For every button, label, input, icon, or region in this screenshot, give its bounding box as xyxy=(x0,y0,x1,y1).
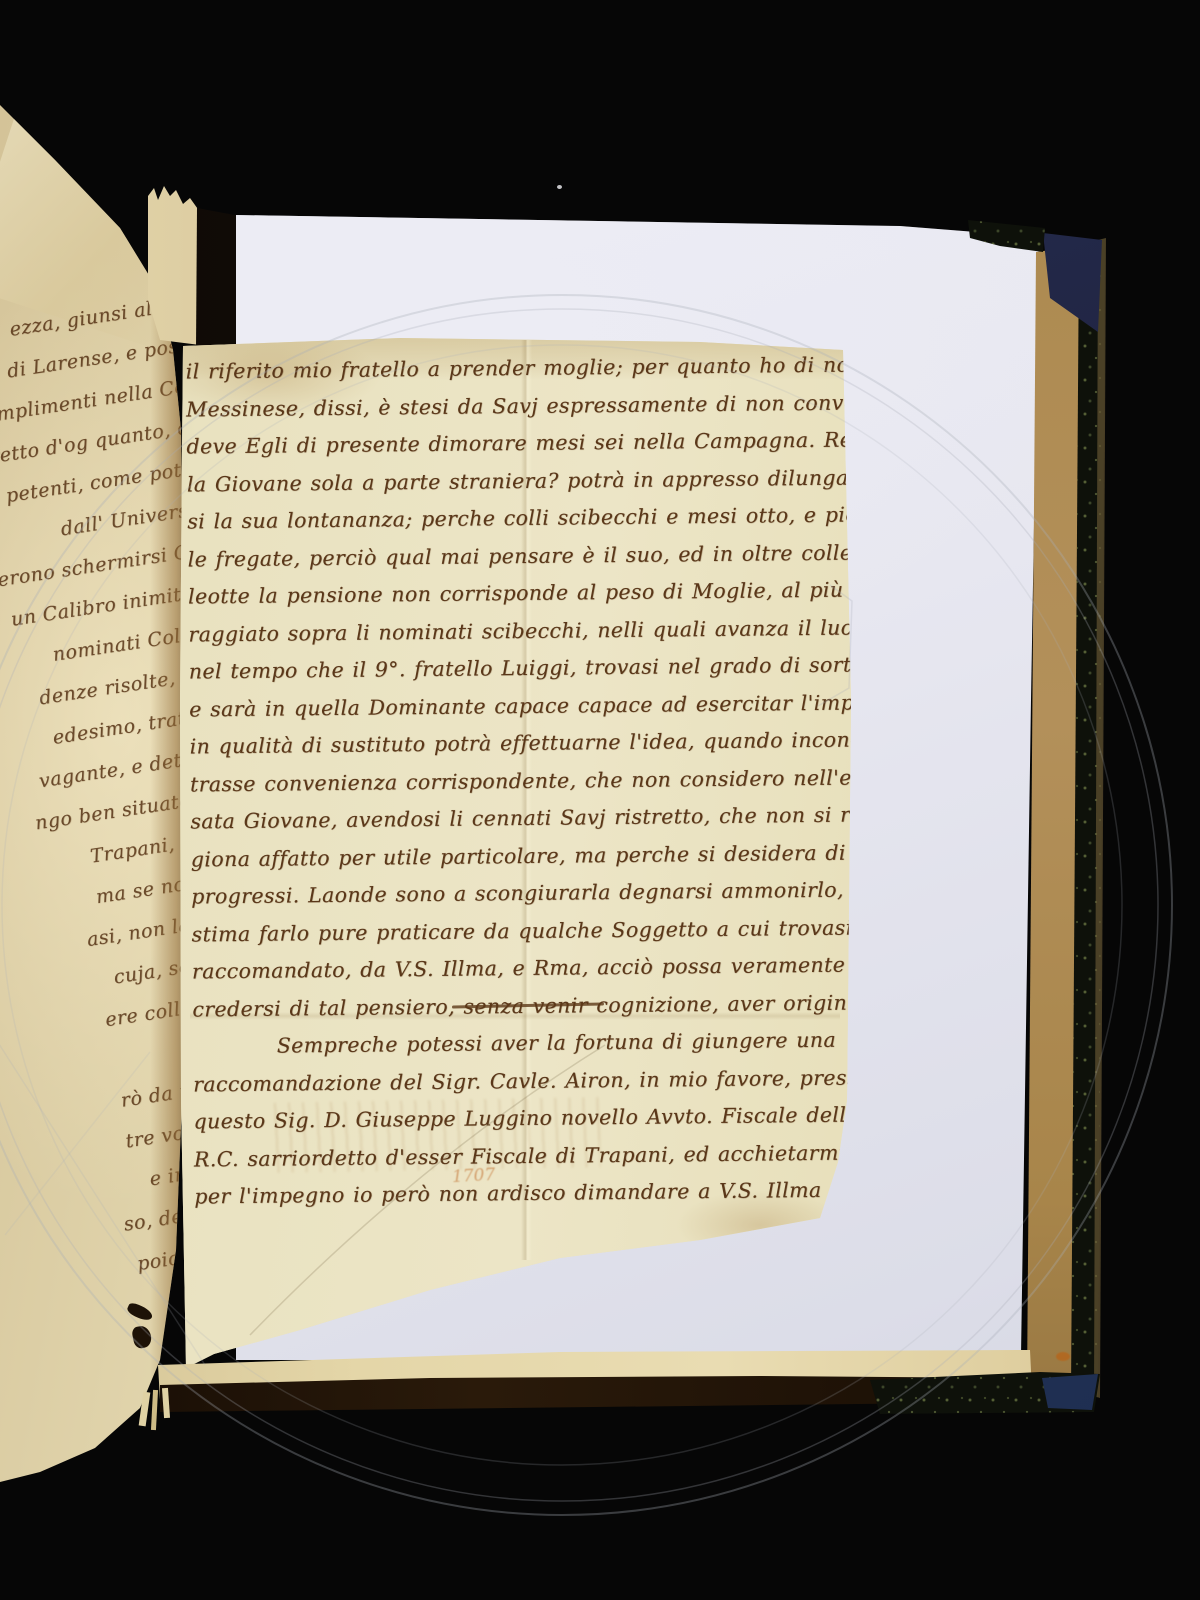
manuscript-photo: ezza, giunsi al supdi Larense, e posseco… xyxy=(0,0,1200,1600)
manuscript-line: deve Egli di presente dimorare mesi sei … xyxy=(186,422,851,466)
ghost-folio-number: 1707 xyxy=(452,1165,496,1187)
manuscript-line: sata Giovane, avendosi li cennati Savj r… xyxy=(190,797,855,841)
manuscript-line: il riferito mio fratello a prender mogli… xyxy=(186,347,851,391)
manuscript-line: Sempreche potessi aver la fortuna di giu… xyxy=(193,1022,858,1066)
manuscript-line: nel tempo che il 9°. fratello Luiggi, tr… xyxy=(189,647,854,691)
manuscript-line: per l'impegno io però non ardisco dimand… xyxy=(194,1171,859,1215)
manuscript-line: si la sua lontananza; perche colli scibe… xyxy=(187,497,852,541)
manuscript-line: progressi. Laonde sono a scongiurarla de… xyxy=(191,872,856,916)
dust-speck xyxy=(557,185,562,189)
manuscript-line: in qualità di sustituto potrà effettuarn… xyxy=(189,722,854,766)
manuscript-line: raccomandato, da V.S. Illma, e Rma, acci… xyxy=(192,947,857,991)
manuscript-line: questo Sig. D. Giuseppe Luggino novello … xyxy=(193,1097,858,1141)
rust-stain xyxy=(1056,1352,1070,1361)
frayed-paper-tuft xyxy=(151,1390,158,1430)
letter-text: il riferito mio fratello a prender mogli… xyxy=(186,347,860,1216)
manuscript-line: leotte la pensione non corrisponde al pe… xyxy=(188,572,853,616)
